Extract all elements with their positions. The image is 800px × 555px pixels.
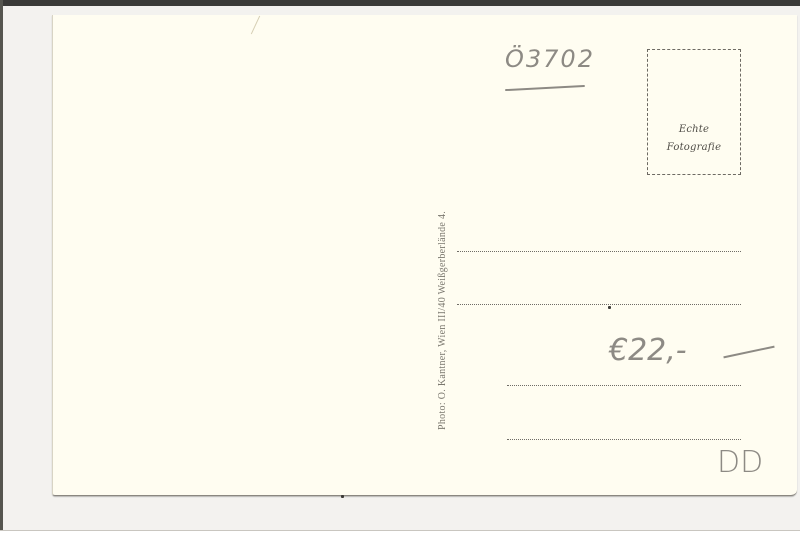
handwritten-price: €22,- — [609, 333, 687, 368]
stamp-box-text-line1: Echte — [648, 124, 740, 135]
publisher-imprint: Photo: O. Kantner, Wien III/40 Weißgerbe… — [437, 211, 448, 430]
stamp-box-text-line2: Fotografie — [648, 142, 740, 153]
handwritten-grade: DD — [717, 445, 763, 480]
stamp-box: Echte Fotografie — [647, 49, 741, 175]
price-dash — [723, 346, 774, 359]
crease-mark — [251, 16, 260, 35]
postcard-back: Ö3702 Echte Fotografie Photo: O. Kantner… — [52, 15, 797, 496]
scanner-bed-edge — [0, 530, 800, 531]
address-line-4 — [507, 439, 741, 440]
ink-speck — [608, 306, 611, 309]
scanner-left-edge — [0, 0, 3, 530]
address-line-3 — [507, 385, 741, 386]
inventory-underline — [505, 85, 585, 91]
handwritten-inventory-number: Ö3702 — [505, 45, 595, 73]
address-line-2 — [457, 304, 741, 305]
ink-speck — [341, 495, 344, 498]
address-line-1 — [457, 251, 741, 252]
